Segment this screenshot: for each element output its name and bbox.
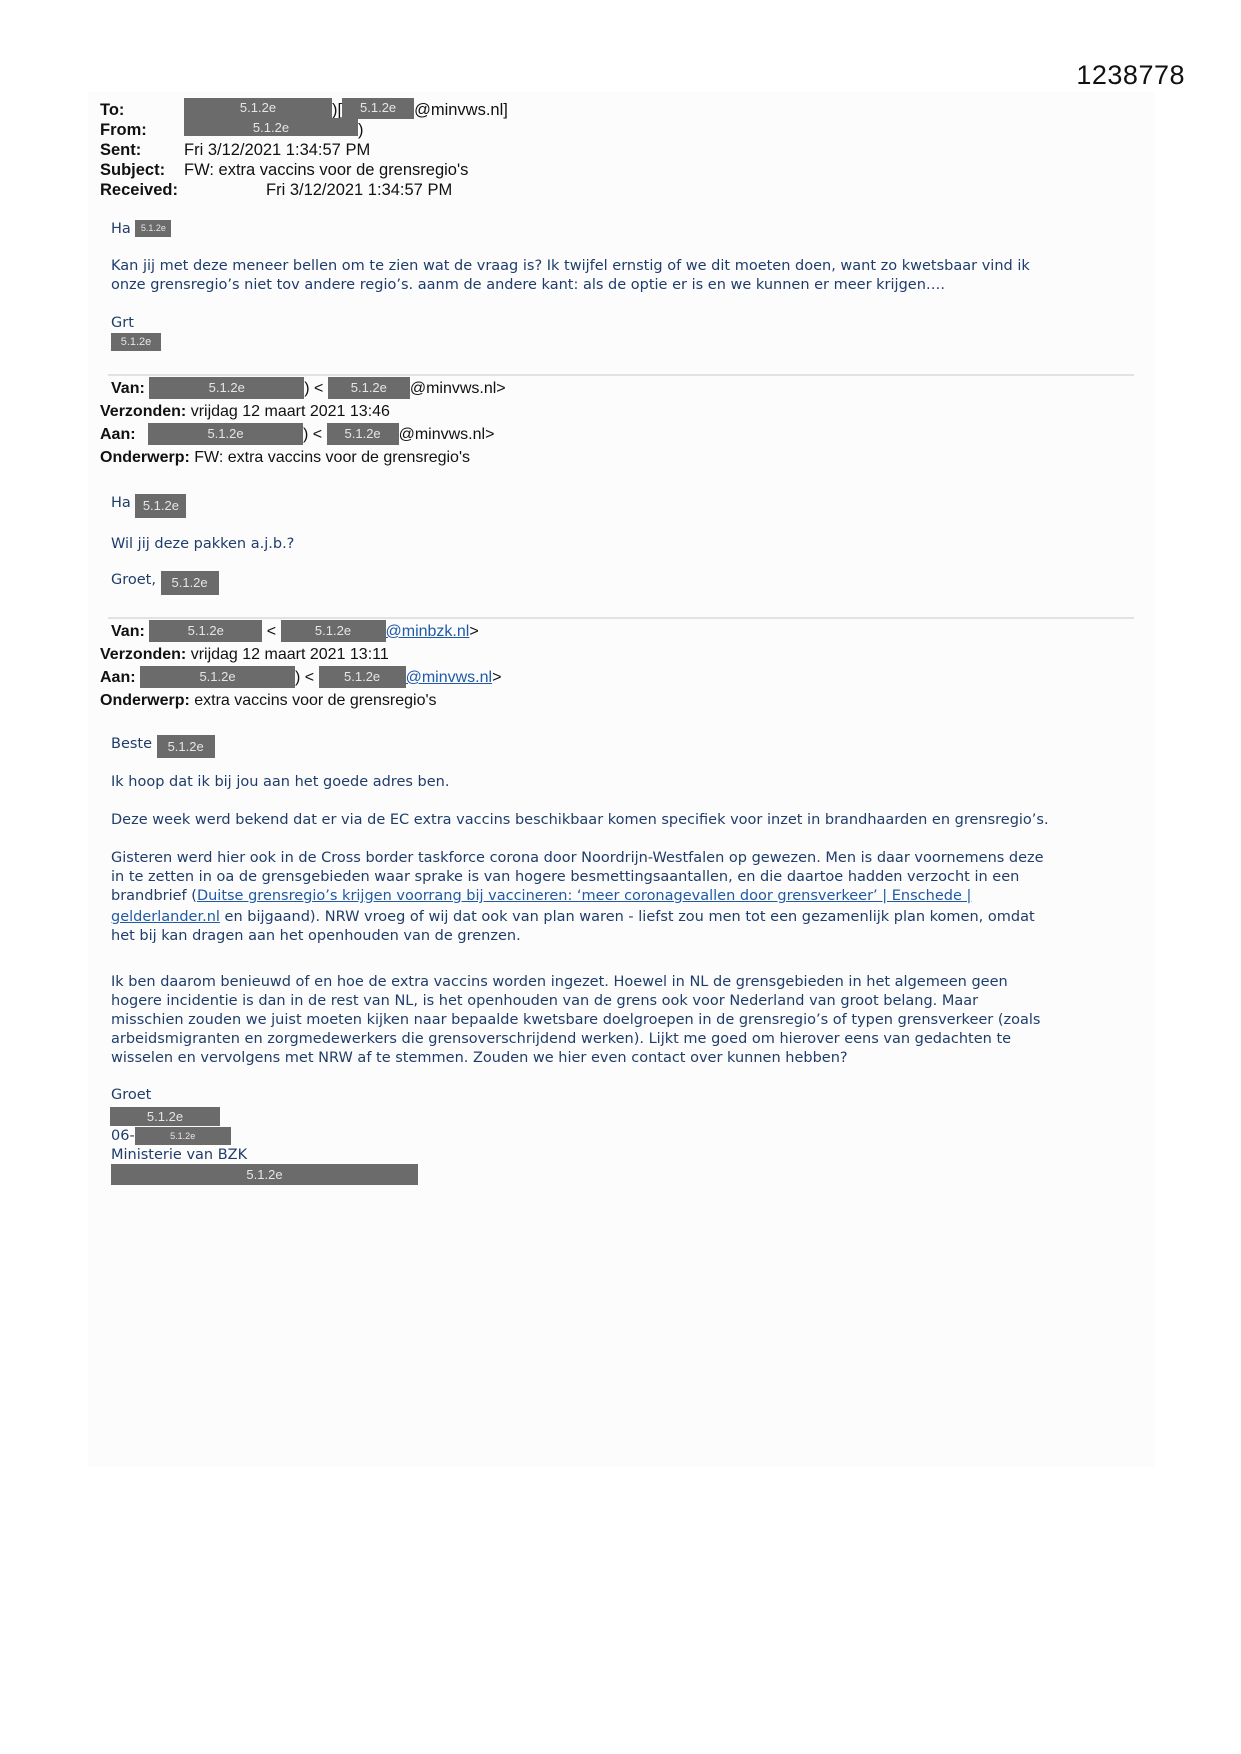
redaction: 5.1.2e [111, 1164, 418, 1185]
redaction: 5.1.2e [161, 571, 219, 595]
forward2-onderwerp-row: Onderwerp: extra vaccins voor de grensre… [100, 689, 437, 712]
signature-extra: 5.1.2e [111, 1164, 418, 1185]
to-separator: )[ [332, 101, 342, 119]
forward1-aan-row: Aan: 5.1.2e) < 5.1.2e@minvws.nl> [100, 423, 494, 446]
redaction: 5.1.2e [149, 620, 262, 642]
forward1-van-domain: @minvws.nl> [410, 380, 506, 397]
redaction: 5.1.2e [184, 98, 332, 119]
signature-org: Ministerie van BZK [111, 1146, 247, 1165]
redaction: 5.1.2e [319, 666, 406, 688]
redaction: 5.1.2e [328, 377, 410, 399]
sent-row: Sent:Fri 3/12/2021 1:34:57 PM [100, 140, 370, 160]
forward2-paragraph-2: Deze week werd bekend dat er via de EC e… [111, 811, 1049, 830]
received-label: Received: [100, 180, 266, 200]
subject-label: Subject: [100, 160, 184, 180]
forward1-greeting: Ha 5.1.2e [111, 494, 186, 518]
from-label: From: [100, 120, 184, 140]
redaction: 5.1.2e [281, 620, 386, 642]
redaction: 5.1.2e [135, 1127, 231, 1145]
received-row: Received:Fri 3/12/2021 1:34:57 PM [100, 180, 452, 200]
sent-value: Fri 3/12/2021 1:34:57 PM [184, 141, 370, 159]
forward1-aan-domain: @minvws.nl> [399, 426, 495, 443]
forward1-body: Wil jij deze pakken a.j.b.? [111, 535, 294, 554]
sent-label: Sent: [100, 140, 184, 160]
from-row: From:5.1.2e) [100, 120, 364, 140]
forward2-aan-email-link[interactable]: @minvws.nl [406, 669, 492, 686]
to-domain: @minvws.nl] [414, 101, 508, 119]
redaction: 5.1.2e [135, 220, 171, 237]
forward1-onderwerp-row: Onderwerp: FW: extra vaccins voor de gre… [100, 446, 470, 469]
separator [108, 617, 1134, 619]
received-value: Fri 3/12/2021 1:34:57 PM [266, 181, 452, 199]
redaction: 5.1.2e [135, 494, 186, 518]
redaction: 5.1.2e [111, 333, 161, 351]
from-suffix: ) [358, 121, 364, 139]
to-label: To: [100, 100, 184, 120]
forward2-aan-row: Aan: 5.1.2e) < 5.1.2e@minvws.nl> [100, 666, 501, 689]
forward1-van-row: Van: 5.1.2e) < 5.1.2e@minvws.nl> [100, 377, 506, 400]
forward2-paragraph-3: Gisteren werd hier ook in de Cross borde… [111, 849, 1141, 946]
signature-phone: 06-5.1.2e [111, 1127, 231, 1146]
document-id: 1238778 [1076, 60, 1185, 91]
redaction: 5.1.2e [148, 423, 303, 445]
gelderlander-link[interactable]: gelderlander.nl [111, 909, 220, 925]
redaction: 5.1.2e [157, 735, 215, 758]
separator [108, 374, 1134, 376]
message1-closing: Grt [111, 314, 134, 333]
redaction: 5.1.2e [342, 98, 414, 119]
message1-body: Kan jij met deze meneer bellen om te zie… [111, 257, 1141, 295]
redaction: 5.1.2e [184, 118, 358, 136]
forward2-van-row: Van: 5.1.2e < 5.1.2e@minbzk.nl> [100, 620, 479, 643]
subject-value: FW: extra vaccins voor de grensregio's [184, 161, 468, 179]
redaction: 5.1.2e [327, 423, 399, 445]
forward2-closing: Groet [111, 1086, 151, 1105]
forward2-verzonden-row: Verzonden: vrijdag 12 maart 2021 13:11 [100, 643, 389, 666]
message1-greeting: Ha 5.1.2e [111, 220, 171, 239]
news-article-link[interactable]: Duitse grensregio’s krijgen voorrang bij… [197, 888, 971, 904]
to-row: To:5.1.2e)[5.1.2e@minvws.nl] [100, 100, 508, 120]
message1-signature: 5.1.2e [111, 333, 161, 352]
forward2-van-email-link[interactable]: @minbzk.nl [386, 623, 470, 640]
redaction: 5.1.2e [149, 377, 304, 399]
forward2-paragraph-4: Ik ben daarom benieuwd of en hoe de extr… [111, 973, 1141, 1068]
forward2-greeting: Beste 5.1.2e [111, 735, 215, 758]
forward2-paragraph-1: Ik hoop dat ik bij jou aan het goede adr… [111, 773, 449, 792]
redaction: 5.1.2e [110, 1107, 220, 1126]
redaction: 5.1.2e [140, 666, 295, 688]
forward1-verzonden-row: Verzonden: vrijdag 12 maart 2021 13:46 [100, 400, 390, 423]
forward1-closing: Groet, 5.1.2e [111, 571, 219, 595]
subject-row: Subject:FW: extra vaccins voor de grensr… [100, 160, 468, 180]
signature-name: 5.1.2e [110, 1107, 220, 1126]
